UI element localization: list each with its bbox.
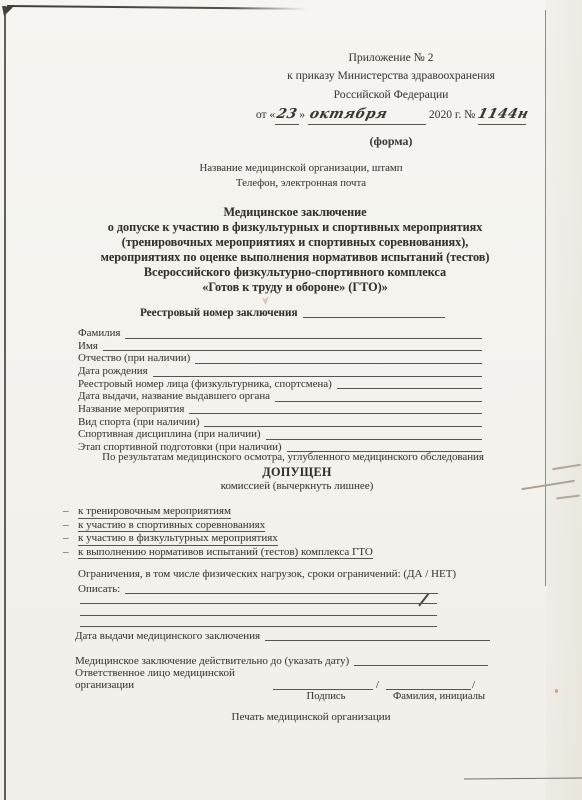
registry-number-label: Реестровый номер заключения [140, 307, 298, 319]
stamp-label: Печать медицинской организации [40, 711, 582, 723]
field-event-name: Название мероприятия [78, 403, 482, 416]
option-sport-competitions: –к участию в спортивных соревнованиях [63, 519, 503, 533]
exam-results-note: По результатам медицинского осмотра, угл… [10, 451, 576, 463]
title-line5: Всероссийского физкультурно-спортивного … [30, 265, 560, 280]
field-patronymic: Отчество (при наличии) [78, 352, 482, 365]
field-firstname: Имя [78, 340, 482, 353]
responsible-label: Ответственное лицо медицинской организац… [75, 667, 268, 691]
admitted-heading: ДОПУЩЕН [10, 465, 582, 480]
field-patronymic-blank [195, 363, 482, 364]
title-line2: о допуске к участию в физкультурных и сп… [30, 220, 560, 235]
name-caption: Фамилия, инициалы [391, 691, 487, 702]
handwritten-month: октября [308, 105, 426, 125]
scan-top-edge-line [7, 5, 307, 10]
field-sport-type: Вид спорта (при наличии) [78, 415, 482, 428]
option-training-events: –к тренировочным мероприятиям [63, 505, 503, 519]
describe-blank [125, 593, 438, 594]
blank-writing-line-2 [80, 615, 437, 616]
responsible-person-row: Ответственное лицо медицинской организац… [75, 678, 475, 691]
dash-bullet: – [63, 505, 78, 517]
registry-number-blank [303, 317, 446, 318]
scan-right-shading [546, 0, 582, 800]
field-person-registry-number: Реестровый номер лица (физкультурника, с… [78, 378, 482, 391]
field-sport-discipline-blank [266, 439, 482, 440]
admitted-options-list: –к тренировочным мероприятиям –к участию… [63, 505, 503, 559]
scanned-medical-form-page: Приложение № 2 к приказу Министерства зд… [0, 0, 582, 800]
slash-terminator: / [472, 679, 475, 691]
organization-line2: Телефон, электронная почта [20, 176, 582, 191]
field-surname-blank [125, 338, 482, 339]
dash-bullet: – [63, 546, 78, 558]
issue-date-row: Дата выдачи медицинского заключения [75, 629, 490, 642]
option-gto-tests: –к выполнению нормативов испытаний (тест… [63, 546, 503, 560]
name-blank [386, 689, 471, 690]
appendix-line2: к приказу Министерства здравоохранения [235, 67, 547, 85]
organization-line1: Название медицинской организации, штамп [20, 161, 582, 176]
field-person-registry-blank [337, 388, 482, 389]
scan-smudge-mark [262, 296, 269, 305]
valid-until-label: Медицинское заключение действительно до … [75, 655, 349, 667]
form-fields: Фамилия Имя Отчество (при наличии) Дата … [78, 327, 482, 453]
field-firstname-blank [103, 350, 482, 351]
field-birthdate: Дата рождения [78, 365, 482, 378]
date-mid: 2020 г. № [429, 108, 475, 121]
field-sport-discipline: Спортивная дисциплина (при наличии) [78, 428, 482, 441]
signature-blank [273, 689, 373, 690]
valid-until-row: Медицинское заключение действительно до … [75, 654, 488, 667]
registry-number-row: Реестровый номер заключения [140, 306, 445, 319]
field-birthdate-blank [153, 376, 482, 377]
field-issuing-org-blank [275, 401, 482, 402]
field-sport-type-blank [204, 426, 482, 427]
issue-date-blank [265, 640, 490, 641]
field-surname: Фамилия [78, 327, 482, 340]
describe-label: Описать: [78, 583, 120, 595]
slash-separator: / [376, 679, 379, 691]
date-quote-close: » [299, 108, 305, 121]
handwritten-order-number: 1144н [478, 105, 526, 125]
form-label: (форма) [235, 132, 547, 150]
organization-block: Название медицинской организации, штамп … [20, 161, 582, 190]
document-title: Медицинское заключение о допуске к участ… [30, 205, 560, 295]
handwritten-tick-mark [418, 593, 428, 606]
handwritten-day: 23 [275, 105, 299, 125]
valid-until-blank [354, 665, 488, 666]
blank-writing-line-1 [80, 603, 437, 604]
title-line3: (тренировочных мероприятиях и спортивных… [30, 235, 560, 250]
appendix-line1: Приложение № 2 [235, 49, 547, 67]
title-line6: «Готов к труду и обороне» (ГТО)» [30, 280, 560, 295]
issue-date-label: Дата выдачи медицинского заключения [75, 630, 260, 642]
field-issuing-org: Дата выдачи, название выдавшего органа [78, 390, 482, 403]
signature-caption: Подпись [295, 691, 357, 702]
title-line1: Медицинское заключение [30, 205, 560, 220]
date-prefix: от « [256, 108, 275, 121]
dash-bullet: – [63, 519, 78, 531]
appendix-line3: Российской Федерации [235, 86, 547, 104]
field-event-name-blank [189, 413, 482, 414]
admitted-subheading: комиссией (вычеркнуть лишнее) [10, 480, 582, 492]
dash-bullet: – [63, 532, 78, 544]
appendix-header: Приложение № 2 к приказу Министерства зд… [235, 49, 547, 151]
blank-writing-line-3 [80, 626, 437, 627]
option-physical-events: –к участию в физкультурных мероприятиях [63, 532, 503, 546]
scan-left-edge-line [4, 6, 6, 800]
restrictions-line: Ограничения, в том числе физических нагр… [78, 568, 558, 580]
describe-row: Описать: [78, 582, 438, 595]
order-date-line: от «23» октября 2020 г. № 1144н [235, 105, 547, 125]
title-line4: мероприятиях по оценке выполнения нормат… [30, 250, 560, 265]
scan-ink-dot [555, 689, 558, 693]
